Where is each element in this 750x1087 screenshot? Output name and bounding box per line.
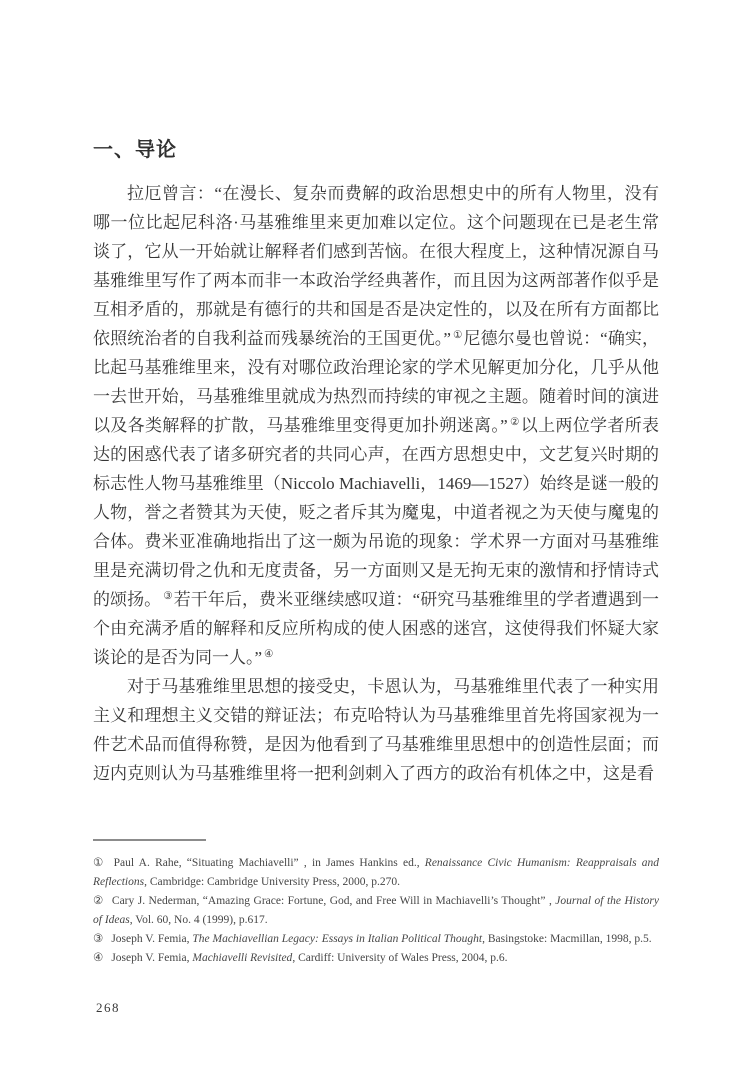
footnote-text: Joseph V. Femia, <box>111 952 192 964</box>
footnote-ref-2: ② <box>508 417 521 428</box>
footnote-ref-1: ① <box>451 330 464 341</box>
footnote-marker-2: ② <box>93 895 112 907</box>
book-page: 一、导论 拉厄曾言：“在漫长、复杂而费解的政治思想史中的所有人物里，没有哪一位比… <box>0 0 750 1087</box>
footnote-marker-1: ① <box>93 857 114 869</box>
paragraph-text: 以上两位学者所表达的困惑代表了诸多研究者的共同心声，在西方思想史中，文艺复兴时期… <box>93 416 659 609</box>
footnote-text: Joseph V. Femia, <box>111 933 192 945</box>
footnote-1: ①Paul A. Rahe, “Situating Machiavelli” ,… <box>93 854 659 892</box>
footnote-book-title: The Machiavellian Legacy: Essays in Ital… <box>192 933 482 945</box>
footnote-ref-4: ④ <box>262 649 274 660</box>
paragraph-text: 若干年后，费米亚继续感叹道：“研究马基雅维里的学者遭遇到一个由充满矛盾的解释和反… <box>93 590 659 667</box>
footnote-marker-3: ③ <box>93 933 111 945</box>
footnote-3: ③Joseph V. Femia, The Machiavellian Lega… <box>93 930 659 949</box>
footnote-marker-4: ④ <box>93 952 111 964</box>
footnote-separator <box>93 839 206 841</box>
footnote-2: ②Cary J. Nederman, “Amazing Grace: Fortu… <box>93 892 659 930</box>
footnotes: ①Paul A. Rahe, “Situating Machiavelli” ,… <box>93 854 659 968</box>
footnote-text: , Cardiff: University of Wales Press, 20… <box>292 952 507 964</box>
footnote-text: Cary J. Nederman, “Amazing Grace: Fortun… <box>112 895 555 907</box>
footnote-4: ④Joseph V. Femia, Machiavelli Revisited,… <box>93 949 659 968</box>
paragraph-text: 拉厄曾言：“在漫长、复杂而费解的政治思想史中的所有人物里，没有哪一位比起尼科洛·… <box>93 184 659 348</box>
section-heading: 一、导论 <box>93 133 177 162</box>
footnote-book-title: Machiavelli Revisited <box>192 952 292 964</box>
body-text: 拉厄曾言：“在漫长、复杂而费解的政治思想史中的所有人物里，没有哪一位比起尼科洛·… <box>93 179 659 788</box>
page-number: 268 <box>96 1000 120 1016</box>
footnote-text: Paul A. Rahe, “Situating Machiavelli” , … <box>114 857 425 869</box>
paragraph: 拉厄曾言：“在漫长、复杂而费解的政治思想史中的所有人物里，没有哪一位比起尼科洛·… <box>93 179 659 672</box>
footnote-text: , Vol. 60, No. 4 (1999), p.617. <box>130 914 268 926</box>
paragraph-text: 对于马基雅维里思想的接受史，卡恩认为，马基雅维里代表了一种实用主义和理想主义交错… <box>93 677 659 783</box>
footnote-text: , Cambridge: Cambridge University Press,… <box>144 876 400 888</box>
footnote-ref-3: ③ <box>161 591 173 602</box>
footnote-text: , Basingstoke: Macmillan, 1998, p.5. <box>482 933 652 945</box>
paragraph: 对于马基雅维里思想的接受史，卡恩认为，马基雅维里代表了一种实用主义和理想主义交错… <box>93 672 659 788</box>
